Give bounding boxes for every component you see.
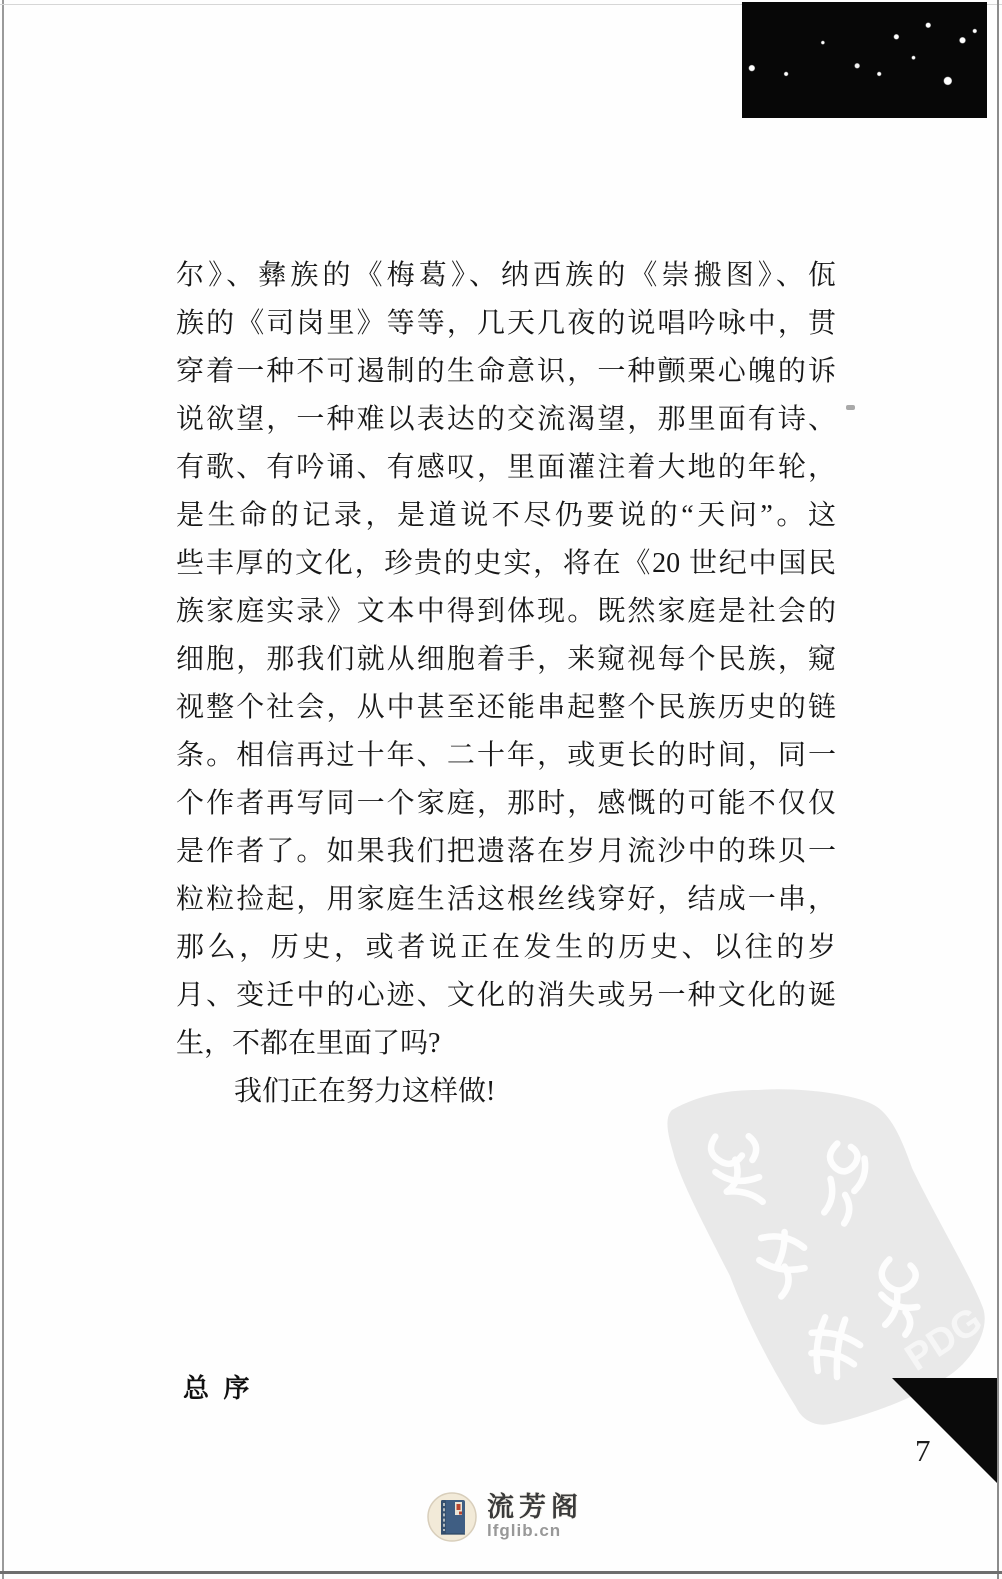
scanned-page: PDG 尔》、彝族的《梅葛》、纳西族的《崇搬图》、佤 族的《司岗里》等等，几天几…: [0, 0, 1002, 1579]
scan-artifact-black-block: [742, 2, 987, 118]
logo-name: 流芳阁: [487, 1494, 583, 1522]
footer-section-title: 总 序: [183, 1368, 249, 1405]
page-edge-left: [2, 0, 4, 1579]
text-line: 月、变迁中的心迹、文化的消失或另一种文化的诞: [176, 972, 836, 1020]
text-line: 尔》、彝族的《梅葛》、纳西族的《崇搬图》、佤: [176, 252, 836, 300]
text-line: 族家庭实录》文本中得到体现。既然家庭是社会的: [176, 588, 836, 636]
text-line: 些丰厚的文化，珍贵的史实，将在《20 世纪中国民: [176, 540, 836, 588]
scan-speck: [846, 405, 855, 410]
text-line: 条。相信再过十年、二十年，或更长的时间，同一: [176, 732, 836, 780]
text-line: 有歌、有吟诵、有感叹，里面灌注着大地的年轮，: [176, 444, 836, 492]
text-line: 视整个社会，从中甚至还能串起整个民族历史的链: [176, 684, 836, 732]
text-line: 族的《司岗里》等等，几天几夜的说唱吟咏中，贯: [176, 300, 836, 348]
text-line: 说欲望，一种难以表达的交流渴望，那里面有诗、: [176, 396, 836, 444]
text-line: 我们正在努力这样做!: [176, 1068, 836, 1116]
text-line: 生，不都在里面了吗?: [176, 1020, 836, 1068]
logo-domain: lfglib.cn: [487, 1522, 583, 1540]
text-line: 是生命的记录，是道说不尽仍要说的“天问”。这: [176, 492, 836, 540]
text-line: 细胞，那我们就从细胞着手，来窥视每个民族，窥: [176, 636, 836, 684]
page-edge-right: [997, 0, 999, 1579]
page-edge-bottom: [0, 1571, 1002, 1574]
text-line: 那么，历史，或者说正在发生的历史、以往的岁: [176, 924, 836, 972]
body-text: 尔》、彝族的《梅葛》、纳西族的《崇搬图》、佤 族的《司岗里》等等，几天几夜的说唱…: [176, 252, 836, 1116]
book-icon: [427, 1492, 477, 1542]
text-line: 是作者了。如果我们把遗落在岁月流沙中的珠贝一: [176, 828, 836, 876]
text-line: 粒粒捡起，用家庭生活这根丝线穿好，结成一串，: [176, 876, 836, 924]
page-number: 7: [915, 1433, 931, 1469]
text-line: 个作者再写同一个家庭，那时，感慨的可能不仅仅: [176, 780, 836, 828]
site-logo: 流芳阁 lfglib.cn: [427, 1492, 583, 1542]
text-line: 穿着一种不可遏制的生命意识，一种颤栗心魄的诉: [176, 348, 836, 396]
